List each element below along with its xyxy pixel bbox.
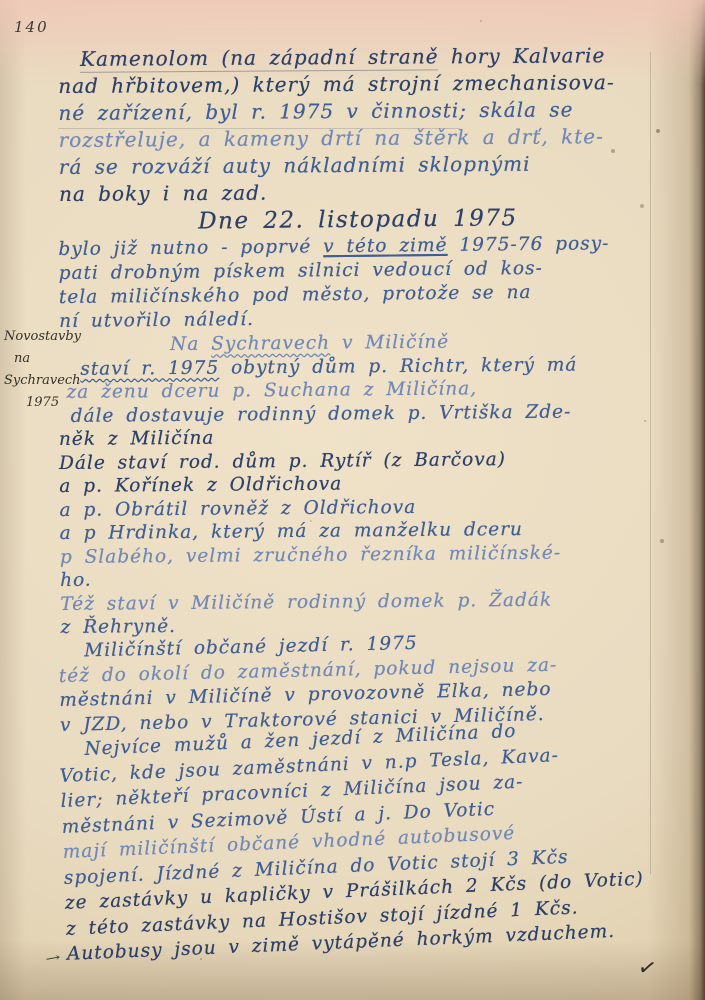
checkmark-annotation: ✓ — [636, 954, 659, 982]
underlined-text: Sychravech — [211, 333, 330, 355]
text-segment: 1975-76 posy- — [447, 233, 609, 256]
underlined-text: Kamenolom (na západní straně — [80, 44, 439, 73]
paragraph-sychravy-construction: Na Sychravech v Miličíněstaví r. 1975 ob… — [58, 329, 667, 640]
text-segment: něk z Miličína — [59, 428, 215, 450]
paragraph-november-22: Dne 22. listopadu 1975bylo již nutno - p… — [58, 202, 665, 334]
text-segment: rá se rozváží auty nákladními sklopnými — [59, 152, 531, 179]
ink-blot-mark: → — [44, 950, 61, 966]
text-segment: dále dostavuje rodinný domek p. Vrtiška … — [71, 401, 572, 426]
text-segment: p Slabého, velmi zručného řezníka miličí… — [60, 542, 561, 567]
chronicle-page: 140 NovostavbynaSychravech1975 Kamenolom… — [0, 0, 705, 1000]
underlined-text: v této zimě — [323, 235, 448, 257]
handwritten-line: nad hřbitovem,) který má strojní zmechan… — [58, 69, 664, 100]
text-segment: Dále staví rod. dům p. Rytíř (z Barčova) — [59, 449, 506, 474]
underlined-text: staví r. 1975 — [80, 357, 219, 379]
paragraph-buses: Nejvíce mužů a žen jezdí z Miličína doVo… — [58, 712, 673, 967]
handwritten-line: rozstřeluje, a kameny drtí na štěrk a dr… — [59, 123, 665, 154]
text-segment: a p. Obrátil rovněž z Oldřichova — [59, 496, 416, 520]
text-segment: bylo již nutno - poprvé — [58, 236, 323, 260]
handwritten-line: Kamenolom (na západní straně hory Kalvar… — [80, 42, 664, 73]
text-segment: a p. Kořínek z Oldřichova — [59, 474, 342, 497]
text-segment: Na — [170, 334, 211, 355]
text-segment: za ženu dceru p. Suchana z Miličína, — [66, 378, 477, 403]
text-segment: tela miličínského pod město, protože se … — [59, 282, 532, 308]
text-segment: rozstřeluje, a kameny drtí na štěrk a dr… — [59, 124, 604, 152]
page-number: 140 — [14, 18, 49, 36]
handwritten-content: Kamenolom (na západní straně hory Kalvar… — [58, 46, 664, 967]
text-segment: z Řehryně. — [60, 616, 176, 638]
text-segment: pati drobným pískem silnici vedoucí od k… — [59, 258, 543, 284]
paragraph-quarry: Kamenolom (na západní straně hory Kalvar… — [58, 42, 665, 208]
text-segment: ho. — [60, 570, 92, 591]
text-segment: a p Hrdinka, který má za manželku dceru — [60, 519, 523, 544]
paper-texture — [0, 0, 2, 2]
handwritten-line: né zařízení, byl r. 1975 v činnosti; ská… — [58, 96, 664, 127]
text-segment: nad hřbitovem,) který má strojní zmechan… — [58, 70, 615, 98]
text-segment: Dne 22. listopadu 1975 — [198, 205, 518, 234]
handwritten-line: Dne 22. listopadu 1975 — [198, 202, 664, 237]
text-segment: né zařízení, byl r. 1975 v činnosti; ská… — [58, 97, 573, 125]
handwritten-line: rá se rozváží auty nákladními sklopnými — [59, 150, 665, 181]
text-segment: obytný dům p. Richtr, který má — [219, 354, 577, 378]
text-segment: na boky i na zad. — [59, 181, 267, 206]
text-segment: Též staví v Miličíně rodinný domek p. Ža… — [60, 589, 552, 614]
text-segment: ní utvořilo náledí. — [59, 309, 254, 332]
text-segment: v Miličíně — [330, 332, 449, 354]
text-segment: hory Kalvarie — [438, 43, 605, 68]
